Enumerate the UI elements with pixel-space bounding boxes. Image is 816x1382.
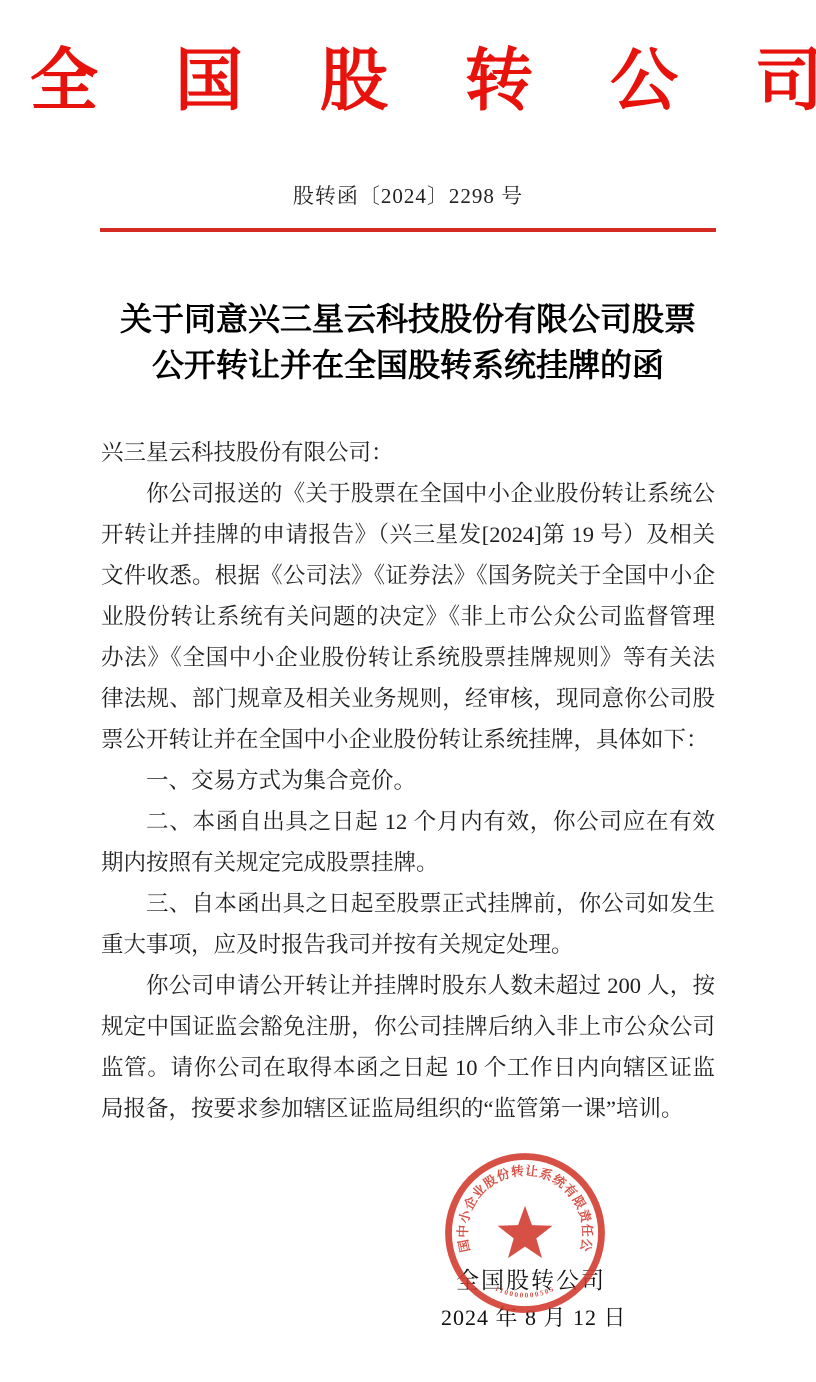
paragraph-item-1: 一、交易方式为集合竞价。 [101, 760, 715, 801]
document-body: 兴三星云科技股份有限公司： 你公司报送的《关于股票在全国中小企业股份转让系统公开… [101, 432, 715, 1129]
document-title: 关于同意兴三星云科技股份有限公司股票 公开转让并在全国股转系统挂牌的函 [0, 296, 816, 388]
paragraph-supervision: 你公司申请公开转让并挂牌时股东人数未超过 200 人，按规定中国证监会豁免注册，… [101, 965, 715, 1129]
paragraph-item-3: 三、自本函出具之日起至股票正式挂牌前，你公司如发生重大事项，应及时报告我司并按有… [101, 883, 715, 965]
paragraph-intro: 你公司报送的《关于股票在全国中小企业股份转让系统公开转让并挂牌的申请报告》（兴三… [101, 473, 715, 760]
letterhead-divider-rule [100, 228, 716, 232]
seal-star-icon [498, 1206, 553, 1258]
document-page: 全 国 股 转 公 司 股转函〔2024〕2298 号 关于同意兴三星云科技股份… [0, 0, 816, 1382]
letterhead-org-name: 全 国 股 转 公 司 [0, 42, 816, 120]
company-seal-stamp: 全国中小企业股份转让系统有限责任公司 110000000505 [440, 1148, 610, 1318]
document-title-line2: 公开转让并在全国股转系统挂牌的函 [0, 342, 816, 388]
document-title-line1: 关于同意兴三星云科技股份有限公司股票 [0, 296, 816, 342]
doc-number: 股转函〔2024〕2298 号 [0, 184, 816, 208]
seal-code-digits: 110000000505 [494, 1285, 557, 1300]
salutation: 兴三星云科技股份有限公司： [101, 432, 715, 473]
paragraph-item-2: 二、本函自出具之日起 12 个月内有效，你公司应在有效期内按照有关规定完成股票挂… [101, 801, 715, 883]
